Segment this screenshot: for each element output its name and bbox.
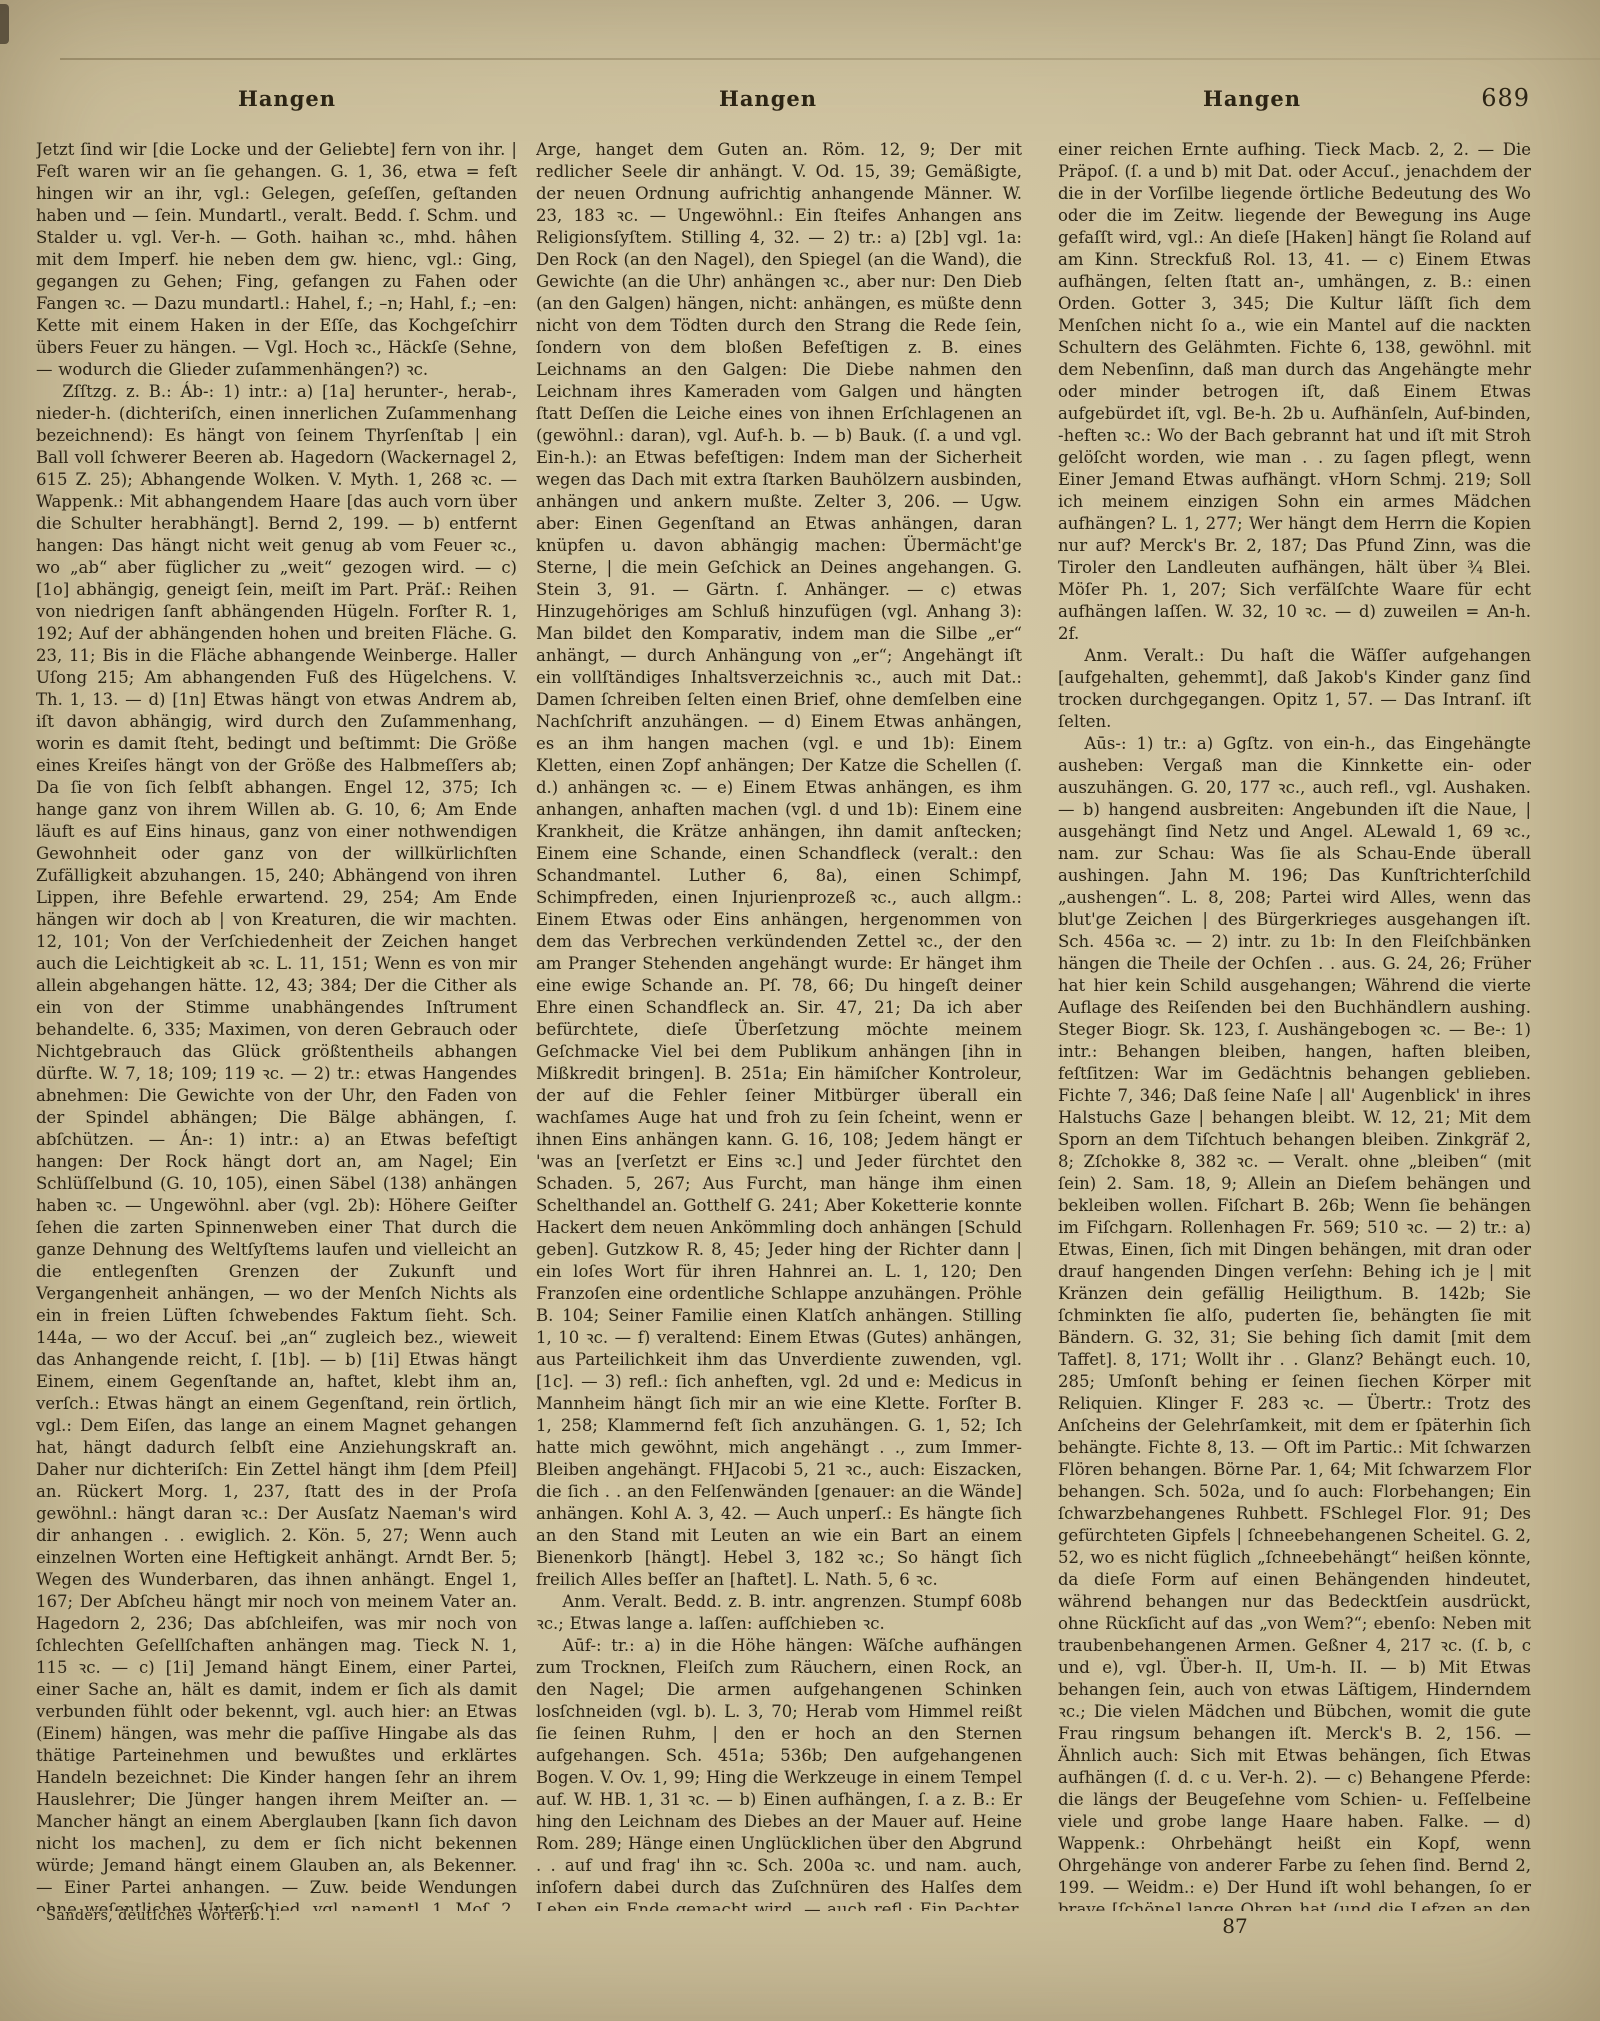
paragraph-zusammensetzung: Zſſtzg. z. B.: Áb-: 1) intr.: a) [1a] he… — [36, 381, 517, 1911]
running-head-column-3: Hangen — [1132, 86, 1372, 111]
text-column-1: Jetzt ſind wir [die Locke und der Gelieb… — [36, 139, 517, 1911]
page-number: 689 — [1418, 84, 1530, 112]
running-head-column-1: Hangen — [167, 86, 407, 111]
sheet-number: 87 — [1200, 1914, 1270, 1938]
paragraph-aufhaengen: Aūf-: tr.: a) in die Höhe hängen: Wäſche… — [536, 1635, 1022, 1911]
paragraph-continuation: Jetzt ſind wir [die Locke und der Gelieb… — [36, 139, 517, 381]
running-head-column-2: Hangen — [648, 86, 888, 111]
printer-signature: Sanders, deutſches Wörterb. I. — [46, 1908, 281, 1924]
scan-crease-line — [60, 58, 1600, 60]
dictionary-page: Hangen Hangen Hangen 689 Jetzt ſind wir … — [0, 0, 1600, 2021]
paragraph-anmerkung: Anm. Veralt.: Du haſt die Wäſſer aufgeha… — [1058, 645, 1531, 733]
text-column-2: Arge, hanget dem Guten an. Röm. 12, 9; D… — [536, 139, 1022, 1911]
text-column-3: einer reichen Ernte aufhing. Tieck Macb.… — [1058, 139, 1531, 1911]
paragraph-anmerkung: Anm. Veralt. Bedd. z. B. intr. angrenzen… — [536, 1591, 1022, 1635]
paragraph-continuation: einer reichen Ernte aufhing. Tieck Macb.… — [1058, 139, 1531, 645]
paragraph-aushaengen-behaengen: Aūs-: 1) tr.: a) Ggſtz. von ein-h., das … — [1058, 733, 1531, 1911]
paragraph-continuation: Arge, hanget dem Guten an. Röm. 12, 9; D… — [536, 139, 1022, 1591]
scan-corner-mark — [0, 4, 9, 44]
